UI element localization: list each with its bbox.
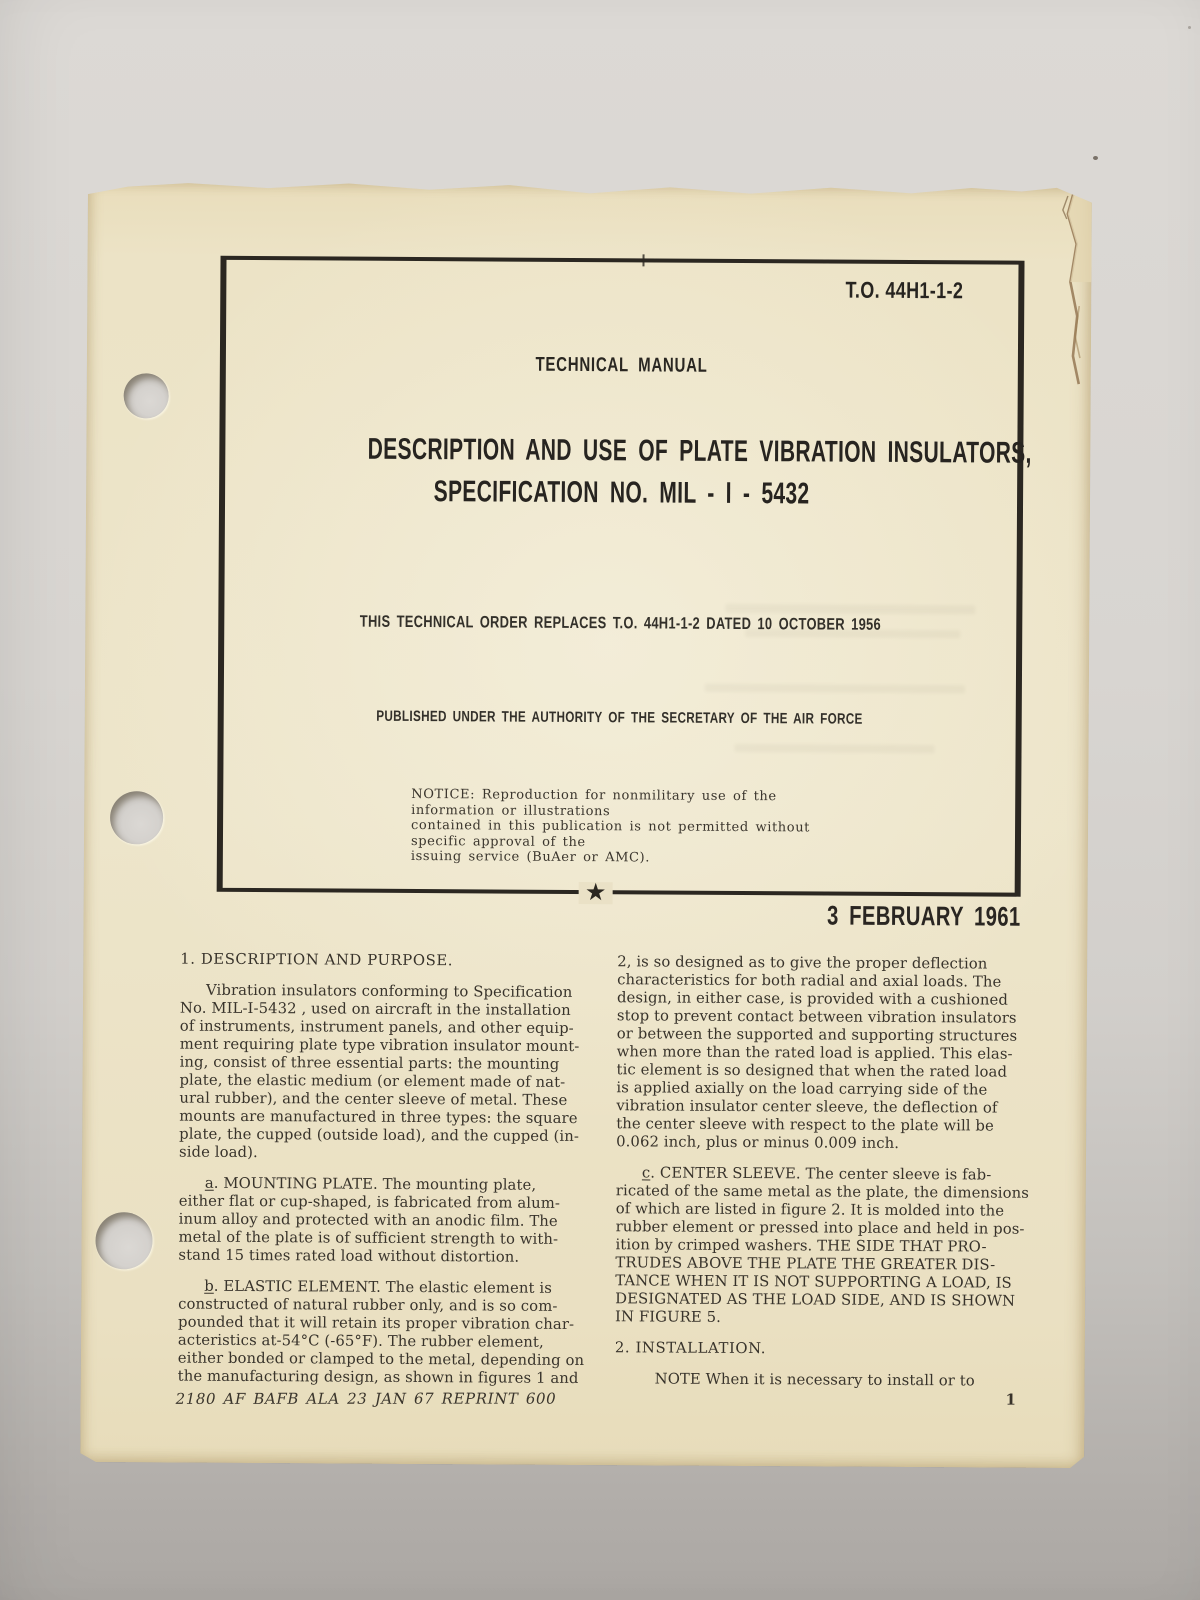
- notice-line: NOTICE: Reproduction for nonmilitary use…: [411, 787, 863, 821]
- authority-text: PUBLISHED UNDER THE AUTHORITY OF THE SEC…: [376, 708, 862, 728]
- page-number: 1: [1006, 1391, 1017, 1409]
- body-column-right: 2, is so designed as to give the proper …: [615, 953, 1042, 1391]
- page-title-line2: SPECIFICATION NO. MIL - I - 5432: [225, 474, 1017, 513]
- to-number-text: T.O. 44H1-1-2: [846, 277, 964, 305]
- paragraph: c. CENTER SLEEVE. The center sleeve is f…: [615, 1164, 1040, 1329]
- header-frame: T.O. 44H1-1-2 TECHNICAL MANUAL DESCRIPTI…: [217, 256, 1025, 897]
- text-line: stand 15 times rated load without distor…: [178, 1247, 598, 1268]
- section-heading: 2. INSTALLATION.: [615, 1339, 1039, 1360]
- manual-page: T.O. 44H1-1-2 TECHNICAL MANUAL DESCRIPTI…: [80, 180, 1092, 1468]
- title-text-2: SPECIFICATION NO. MIL - I - 5432: [433, 475, 809, 511]
- title-text-1: DESCRIPTION AND USE OF PLATE VIBRATION I…: [368, 433, 1032, 471]
- paragraph: NOTE When it is necessary to install or …: [615, 1370, 1039, 1391]
- wall-speck: [1093, 156, 1098, 160]
- notice-block: NOTICE: Reproduction for nonmilitary use…: [411, 787, 863, 868]
- text-line: NOTE When it is necessary to install or …: [615, 1370, 1039, 1391]
- page-title-line1: DESCRIPTION AND USE OF PLATE VIBRATION I…: [225, 432, 1017, 471]
- replaces-text: THIS TECHNICAL ORDER REPLACES T.O. 44H1-…: [360, 613, 881, 635]
- body-column-left: 1. DESCRIPTION AND PURPOSE.Vibration ins…: [178, 951, 601, 1389]
- paragraph: a. MOUNTING PLATE. The mounting plate,ei…: [178, 1175, 599, 1268]
- text-line: 2. INSTALLATION.: [615, 1339, 1039, 1360]
- punch-hole-bottom: [95, 1212, 152, 1269]
- paragraph: Vibration insulators conforming to Speci…: [179, 982, 600, 1165]
- text-line: the manufacturing design, as shown in fi…: [178, 1368, 598, 1389]
- notice-line: issuing service (BuAer or AMC).: [411, 849, 863, 867]
- punch-hole-top: [124, 373, 169, 418]
- replaces-line: THIS TECHNICAL ORDER REPLACES T.O. 44H1-…: [224, 612, 1016, 636]
- publication-date-text: 3 FEBRUARY 1961: [827, 901, 1021, 933]
- pen-tick-mark: [642, 254, 644, 266]
- paragraph: b. ELASTIC ELEMENT. The elastic element …: [178, 1278, 599, 1389]
- text-line: IN FIGURE 5.: [615, 1308, 1039, 1329]
- to-number: T.O. 44H1-1-2: [226, 273, 963, 305]
- authority-line: PUBLISHED UNDER THE AUTHORITY OF THE SEC…: [224, 707, 1016, 729]
- text-line: 0.062 inch, plus or minus 0.009 inch.: [616, 1133, 1040, 1154]
- publication-date: 3 FEBRUARY 1961: [583, 899, 1020, 933]
- doc-type: TECHNICAL MANUAL: [226, 352, 1018, 380]
- wall-speck: [1188, 26, 1191, 29]
- punch-hole-middle: [110, 791, 163, 844]
- paragraph: 2, is so designed as to give the proper …: [616, 953, 1041, 1154]
- text-line: side load).: [179, 1144, 599, 1165]
- text-line: 1. DESCRIPTION AND PURPOSE.: [180, 951, 600, 972]
- doc-type-text: TECHNICAL MANUAL: [536, 354, 708, 378]
- section-heading: 1. DESCRIPTION AND PURPOSE.: [180, 951, 600, 972]
- notice-line: contained in this publication is not per…: [411, 818, 863, 852]
- print-imprint: 2180 AF BAFB ALA 23 JAN 67 REPRINT 600: [176, 1390, 557, 1408]
- photo-background: T.O. 44H1-1-2 TECHNICAL MANUAL DESCRIPTI…: [0, 0, 1200, 1600]
